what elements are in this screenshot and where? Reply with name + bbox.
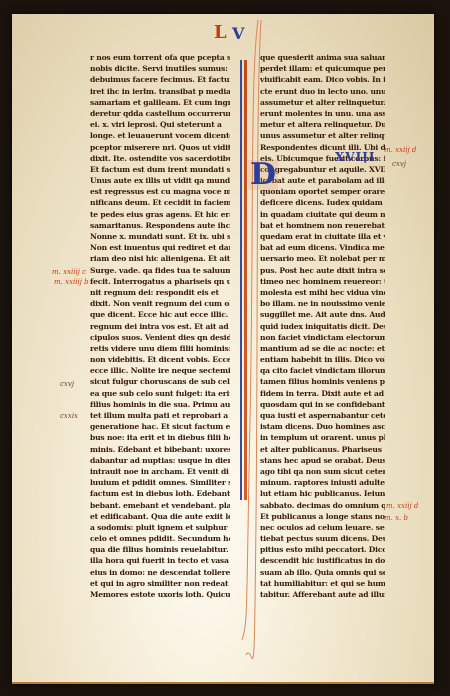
text-line: ago tibi qa non sum sicut ceteri ho (260, 466, 385, 477)
text-line: suam ab illo. Quia omnis qui se exal (260, 567, 385, 578)
text-line: qua iusti et aspernabantur ceteros parab… (260, 410, 385, 421)
text-line: que dicent. Ecce hic aut ecce illic. Ecc… (90, 309, 230, 320)
text-line: nobis dicite. Servi inutiles sumus: qd (90, 63, 230, 74)
text-line: est regressus est cu magna voce mag (90, 186, 230, 197)
text-line: filius hominis in die sua. Primu aute op… (90, 399, 230, 410)
text-line: ecce illic. Nolite ire neque sectemini. … (90, 365, 230, 376)
margin-note: m. xxiij d (384, 146, 416, 154)
text-line: ei. x. viri leprosi. Qui steterunt a (90, 119, 230, 130)
text-line: deretur qdda castellum occurrerunt (90, 108, 230, 119)
text-line: tet illum multa pati et reprobari a (90, 410, 230, 421)
text-line: perdet illam: et quicumque perdiderit il… (260, 63, 385, 74)
text-line: molesta est mihi hec vidua vindica (260, 287, 385, 298)
text-line: generatione hac. Et sicut factum est in … (90, 421, 230, 432)
text-line: in quadam ciuitate qui deum no time (260, 209, 385, 220)
text-line: cipulos suos. Venient dies qn deside (90, 332, 230, 343)
text-line: r nos eum torrent ofa que pcepta sut (90, 52, 230, 63)
text-line: pus. Post hec aute dixit intra se. Et si… (260, 265, 385, 276)
text-line: nit regnum dei: respondit eis et (90, 287, 230, 298)
text-line: entiam habebit in illis. Dico vobis (260, 354, 385, 365)
text-line: celo et omnes pdidit. Secundum hec erit (90, 533, 230, 544)
text-line: fecit. Interrogatus a phariseis qn ue (90, 276, 230, 287)
text-line: congregabuntur et aquile. XVIII (260, 164, 385, 175)
text-line: regnum dei intra vos est. Et ait ad dis (90, 321, 230, 332)
margin-note: m. xxiij d (386, 502, 418, 510)
text-line: retis videre unu diem filii hominis: et (90, 343, 230, 354)
margin-note: m. x. b (384, 514, 408, 522)
text-line: bat et hominem non reuerebatur. Vidua au… (260, 220, 385, 231)
running-header-left: L (214, 22, 227, 43)
text-line: erunt molentes in unu. una assu (260, 108, 385, 119)
text-line: Et publicanus a longe stans nolebat (260, 511, 385, 522)
text-line: metur et altera relinquetur. Duo in agro (260, 119, 385, 130)
text-line: factum est in diebus loth. Edebant et bi (90, 488, 230, 499)
text-column-right: que quesierit anima sua saluam facereper… (260, 52, 385, 600)
text-line: tat humiliabitur: et qui se humiliat exa… (260, 578, 385, 589)
text-line: descendit hic iustificatus in domum (260, 555, 385, 566)
margin-note: cxxix (60, 412, 78, 420)
text-line: tamen filius hominis veniens putas inuen… (260, 376, 385, 387)
text-line: lut etiam hic publicanus. Ieiuno bis in (260, 488, 385, 499)
text-line: samaritanus. Respondens aute ihc dixit. (90, 220, 230, 231)
text-line: cte erunt duo in lecto uno. unus (260, 86, 385, 97)
text-line: iret ihc in ierlm. transibat p media (90, 86, 230, 97)
text-line: debuimus facere fecimus. Et factum est d… (90, 74, 230, 85)
text-line: dabantur ad nuptias: usque in diem qua (90, 455, 230, 466)
text-line: in templum ut orarent. unus phariseus (260, 432, 385, 443)
text-line: et alter publicanus. Phariseus (260, 444, 385, 455)
text-line: riam deo nisi hic alienigena. Et ait ill… (90, 253, 230, 264)
text-line: nec oculos ad celum leuare. sed percu (260, 522, 385, 533)
red-penwork-bar (244, 60, 247, 500)
text-line: uersario meo. Et nolebat per multum tem (260, 253, 385, 264)
text-line: Unus aute ex illis ut vidit qa mundatus (90, 175, 230, 186)
text-line: Memores estote uxoris loth. Quicu (90, 589, 230, 600)
text-line: tabitur. Afferebant aute ad illum (260, 589, 385, 600)
text-line: minis. Edebant et bibebant: uxores duceb… (90, 444, 230, 455)
text-line: Non est inuentus qui rediret et daret gl… (90, 242, 230, 253)
text-line: quosdam qui in se confidebant tam (260, 399, 385, 410)
blue-penwork-bar (240, 60, 242, 500)
text-line: deficere dicens. Iudex quidam erat (260, 197, 385, 208)
text-line: bebant. emebant et vendebant. plantabant (90, 500, 230, 511)
text-line: pceptor miserere nri. Quos ut vidit: (90, 142, 230, 153)
text-line: viuificabit eam. Dico vobis. In illa no (260, 74, 385, 85)
margin-note: cxvj (60, 380, 74, 388)
text-line: non faciet vindictam electorum suorum cl… (260, 332, 385, 343)
text-line: bo illam. ne in nouissimo veniens (260, 298, 385, 309)
chapter-heading: XVIII (335, 150, 375, 164)
text-line: pitius esto mihi peccatori. Dico vobis (260, 544, 385, 555)
text-line: a sodomis: pluit ignem et sulphur de (90, 522, 230, 533)
text-line: nificans deum. Et cecidit in faciem an (90, 197, 230, 208)
text-line: que quesierit anima sua saluam facere (260, 52, 385, 63)
text-line: ea que sub celo sunt fulget: ita erit (90, 388, 230, 399)
text-line: et edificabant. Qua die aute exiit loth (90, 511, 230, 522)
text-line: sabbato. decimas do omnium que possideo. (260, 500, 385, 511)
text-line: Surge. vade. qa fides tua te saluum (90, 265, 230, 276)
margin-note: m. xxiiij b (54, 278, 89, 286)
text-line: illa hora qui fuerit in tecto et vasa (90, 555, 230, 566)
text-line: bat ad eum dicens. Vindica me de ad (260, 242, 385, 253)
text-line: mantium ad se die ac nocte: et pati (260, 343, 385, 354)
text-line: luuium et pdidit omnes. Similiter sicut (90, 477, 230, 488)
text-line: longe. et leuauerunt vocem dicentes. Ihu (90, 130, 230, 141)
text-line: assumetur et alter relinquetur. Due (260, 97, 385, 108)
text-line: bus noe: ita erit et in diebus filii ho (90, 432, 230, 443)
text-line: quedam erat in ciuitate illa et venie (260, 231, 385, 242)
text-line: dixit. Non venit regnum dei cum obseruat… (90, 298, 230, 309)
text-line: suggillet me. Ait aute dns. Audite (260, 309, 385, 320)
text-line: intrauit noe in archam. Et venit di (90, 466, 230, 477)
text-line: icebat aute et parabolam ad illos. (260, 175, 385, 186)
text-line: stans hec apud se orabat. Deus gras (260, 455, 385, 466)
text-line: non videbitis. Et dicent vobis. Ecce hic… (90, 354, 230, 365)
decorated-initial: D (248, 160, 278, 190)
text-line: timeo nec hominem reuereor: tamen quia (260, 276, 385, 287)
text-line: minum. raptores iniusti adulteri ve (260, 477, 385, 488)
text-line: fidem in terra. Dixit aute et ad (260, 388, 385, 399)
text-column-left: r nos eum torrent ofa que pcepta sutnobi… (90, 52, 230, 600)
text-line: dixit. Ite. ostendite vos sacerdotibus. (90, 153, 230, 164)
text-line: istam dicens. Duo homines ascenderunt (260, 421, 385, 432)
margin-note: m. xxiiij c (52, 268, 86, 276)
text-line: Et factum est dum irent mundati sunt. (90, 164, 230, 175)
text-line: eius in domo: ne descendat tollere illa: (90, 567, 230, 578)
text-line: samariam et galileam. Et cum ingre (90, 97, 230, 108)
text-line: qua die filius hominis reuelabitur. In (90, 544, 230, 555)
text-line: et qui in agro similiter non redeat retr… (90, 578, 230, 589)
text-line: quid iudex iniquitatis dicit. Deus aute (260, 321, 385, 332)
text-line: sicut fulgur choruscans de sub celo in (90, 376, 230, 387)
text-line: Nonne x. mundati sunt. Et ix. ubi sunt? (90, 231, 230, 242)
margin-note: cxvj (392, 160, 406, 168)
text-line: tiebat pectus suum dicens. Deus pro (260, 533, 385, 544)
text-line: unus assumetur et alter relinquetur. (260, 130, 385, 141)
text-line: quoniam oportet semper orare et non (260, 186, 385, 197)
text-line: te pedes eius gras agens. Et hic erat (90, 209, 230, 220)
text-line: qa cito faciet vindictam illorum. Veru (260, 365, 385, 376)
